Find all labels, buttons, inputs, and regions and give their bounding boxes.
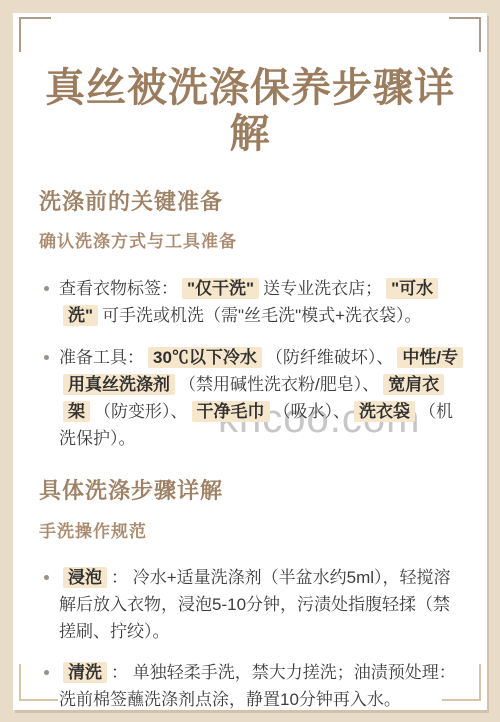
subsection-heading-confirm-method: 确认洗涤方式与工具准备 — [39, 231, 461, 252]
text-segment: 查看衣物标签： — [59, 279, 178, 298]
bullet-dot-icon — [44, 670, 49, 675]
list-item: 准备工具：30℃以下冷水（防纤维破坏）、中性/专用真丝洗涤剂（禁用碱性洗衣粉/肥… — [59, 344, 461, 452]
article-card: khcoo.com 真丝被洗涤保养步骤详解 洗涤前的关键准备 确认洗涤方式与工具… — [13, 13, 487, 710]
washing-steps-bullet-list: 浸泡： 冷水+适量洗涤剂（半盆水约5ml），轻搅溶解后放入衣物，浸泡5-10分钟… — [39, 564, 461, 713]
text-segment: 准备工具： — [59, 348, 144, 367]
bullet-dot-icon — [44, 355, 49, 360]
text-segment: （吸水）、 — [274, 402, 351, 421]
highlight-keyword: "仅干洗" — [182, 278, 259, 299]
list-item: 清洗： 单独轻柔手洗，禁大力搓洗；油渍预处理：洗前棉签蘸洗涤剂点涂，静置10分钟… — [59, 659, 461, 713]
highlight-keyword: 洗衣袋 — [354, 401, 415, 422]
text-segment: ： 单独轻柔手洗，禁大力搓洗；油渍预处理：洗前棉签蘸洗涤剂点涂，静置10分钟再入… — [59, 663, 456, 709]
section-heading-preparation: 洗涤前的关键准备 — [39, 189, 461, 215]
text-segment: 送专业洗衣店； — [263, 279, 382, 298]
section-heading-washing-steps: 具体洗涤步骤详解 — [39, 478, 461, 504]
list-item: 浸泡： 冷水+适量洗涤剂（半盆水约5ml），轻搅溶解后放入衣物，浸泡5-10分钟… — [59, 564, 461, 645]
bullet-dot-icon — [44, 575, 49, 580]
page-title: 真丝被洗涤保养步骤详解 — [39, 13, 461, 157]
text-segment: （防变形）、 — [94, 402, 188, 421]
bullet-dot-icon — [44, 286, 49, 291]
subsection-heading-handwash-rules: 手洗操作规范 — [39, 521, 461, 542]
preparation-bullet-list: 查看衣物标签："仅干洗"送专业洗衣店；"可水洗"可手洗或机洗（需"丝毛洗"模式+… — [39, 275, 461, 452]
list-item: 查看衣物标签："仅干洗"送专业洗衣店；"可水洗"可手洗或机洗（需"丝毛洗"模式+… — [59, 275, 461, 329]
text-segment: （防纤维破坏）、 — [266, 348, 394, 367]
highlight-keyword: 清洗 — [63, 662, 107, 683]
text-segment: 可手洗或机洗（需"丝毛洗"模式+洗衣袋）。 — [102, 306, 422, 325]
highlight-keyword: 干净毛巾 — [192, 401, 270, 422]
highlight-keyword: 30℃以下冷水 — [148, 347, 262, 368]
article-content: 真丝被洗涤保养步骤详解 洗涤前的关键准备 确认洗涤方式与工具准备 查看衣物标签：… — [13, 13, 487, 713]
highlight-keyword: 浸泡 — [63, 567, 107, 588]
text-segment: （禁用碱性洗衣粉/肥皂）、 — [179, 375, 379, 394]
text-segment: ： 冷水+适量洗涤剂（半盆水约5ml），轻搅溶解后放入衣物，浸泡5-10分钟，污… — [59, 568, 451, 641]
